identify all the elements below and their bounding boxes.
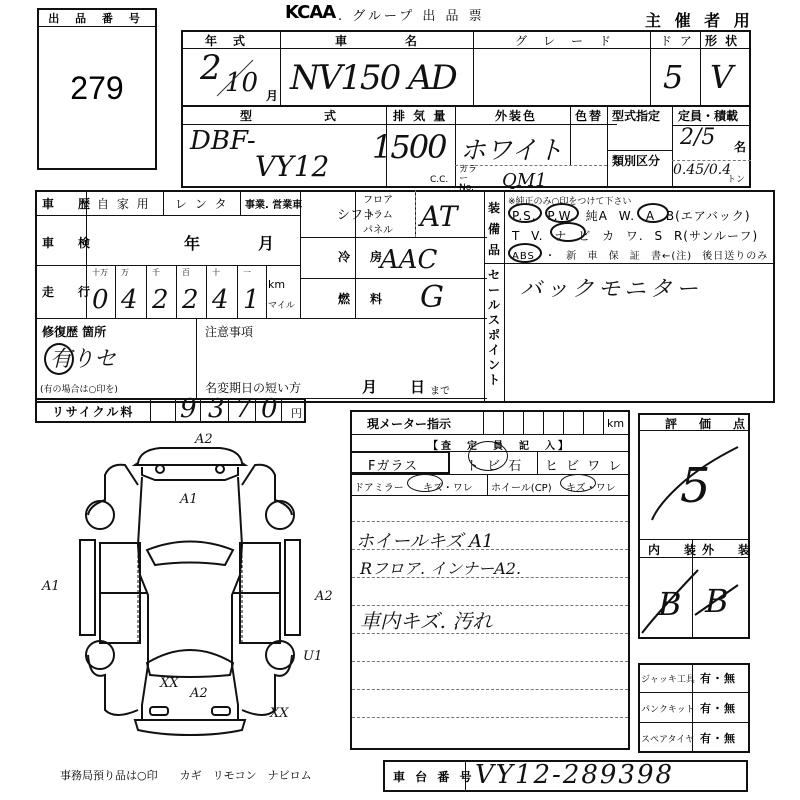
equipment-label: 装備品 (488, 198, 502, 261)
history-label: 車 歴 (42, 195, 96, 212)
accessory-label: ジャッキ工具 (641, 672, 695, 685)
color-change-label: 色替 (575, 107, 603, 124)
history-option-rental[interactable]: レ ン タ (175, 195, 229, 212)
ac-label: 冷 房 (338, 248, 386, 265)
capacity-label: 定員・積載 (678, 107, 738, 124)
model-value-1: DBF- (190, 126, 256, 156)
car-name-label: 車 名 (335, 32, 419, 49)
history-option-commercial[interactable]: 事業. 営業車 (245, 196, 302, 211)
chassis-label: 車 台 番 号 (393, 768, 475, 785)
inspection-month: 月 (258, 231, 276, 254)
capacity-unit: 名 (734, 138, 748, 155)
score-label: 評 価 点 (665, 415, 750, 432)
chassis-value: VY12-289398 (475, 760, 674, 790)
caution-label: 注意事項 (205, 323, 253, 340)
name-change-day: 日 (410, 376, 427, 397)
grade-label: グ レ ー ド (515, 32, 613, 49)
mileage-digit: 4 (212, 285, 229, 315)
sales-point-value: バックモニター (520, 272, 702, 303)
inspector-note-2: Rフロア. インナーA2. (360, 556, 521, 579)
shift-option[interactable]: フロア (363, 191, 393, 206)
note-line (352, 521, 628, 522)
recycle-digit: 9 (180, 394, 197, 424)
capacity-value: 2/5 (680, 125, 715, 150)
copy-label: 主 催 者 用 (645, 8, 754, 31)
repair-label: 修復歴 箇所 (42, 323, 106, 340)
mileage-digit-label: 万 (121, 267, 129, 278)
mileage-digit: 2 (152, 285, 169, 315)
displacement-label: 排 気 量 (393, 107, 447, 124)
circle-abs (508, 243, 542, 263)
mileage-digit-label: 十万 (92, 267, 108, 278)
circle-chip (468, 441, 508, 471)
displacement-value: 1500 (372, 128, 445, 166)
recycle-divider (175, 398, 176, 423)
inspection-year: 年 (184, 231, 202, 254)
recycle-divider (200, 398, 201, 423)
mileage-digit: 1 (243, 285, 260, 315)
recycle-digit: 3 (208, 394, 225, 424)
model-value-2: VY12 (255, 150, 329, 183)
mark-rear-bumper: A2 (189, 686, 208, 701)
accessory-label: パンクキット (641, 702, 695, 715)
month-unit: 月 (266, 87, 280, 104)
circle-ab (637, 203, 669, 223)
exterior-color-value: ホワイト (460, 130, 563, 167)
shift-option[interactable]: パネル (363, 221, 393, 236)
recycle-unit: 円 (291, 405, 302, 421)
mirror-label: ドアミラー (354, 479, 404, 494)
recycle-divider (150, 398, 151, 423)
mileage-unit-mile: マイル (268, 298, 295, 311)
repair-note: (有の場合は○印を) (40, 382, 118, 395)
fuel-value: G (420, 280, 444, 315)
color-no-value: QM1 (502, 170, 547, 191)
accessory-value[interactable]: 有・無 (700, 670, 736, 686)
mileage-digit-label: 一 (243, 267, 251, 278)
note-line (352, 689, 628, 690)
mark-left-side: A1 (41, 579, 60, 594)
circle-navi (550, 222, 586, 242)
mark-front-bumper: A2 (194, 432, 213, 447)
sales-point-label: セールスポイント (488, 268, 502, 388)
circle-mirror-scratch (407, 474, 443, 492)
note-line (352, 661, 628, 662)
mileage-digit-label: 百 (182, 267, 190, 278)
lot-number-box: 出 品 番 号 279 (37, 8, 157, 170)
inspector-note-1: ホイールキズ A1 (356, 527, 493, 553)
car-name-value: NV150 AD (290, 58, 456, 98)
mark-hood: A1 (179, 492, 198, 507)
recycle-label: リサイクル料 (52, 403, 134, 420)
recycle-digit: 0 (261, 394, 278, 424)
glass-label: Fガラス (368, 455, 418, 474)
displacement-unit: C.C. (430, 175, 448, 185)
mark-right-side: A2 (314, 589, 333, 604)
equipment-row-3: ABS ・ 新 車 保 証 書←(注) 後日送りのみ (512, 247, 768, 262)
doors-value: 5 (663, 58, 683, 96)
mileage-digit-label: 十 (212, 267, 220, 278)
interior-label: 内 装 (648, 541, 702, 558)
name-change-until: まで (430, 382, 450, 397)
mileage-digit-label: 千 (152, 267, 160, 278)
office-note: 事務局預り品は○印 カギ リモコン ナビロム (60, 767, 312, 783)
glass-option-crack[interactable]: ヒ ビ ワ レ (545, 455, 623, 474)
circle-repair-yes (44, 343, 74, 375)
circle-ps (508, 203, 542, 223)
equipment-row-2: T V. ナ ビ カ ワ. S R(サンルーフ) (512, 227, 758, 244)
class-label: 類別区分 (612, 152, 660, 169)
mark-trunk: XX (159, 676, 179, 691)
type-cert-label: 型式指定 (612, 107, 660, 124)
body-type-label: 形 状 (705, 32, 739, 49)
mark-right-rear-fender: U1 (303, 649, 322, 664)
shift-value: AT (420, 200, 457, 233)
mileage-label: 走 行 (42, 283, 96, 300)
wheel-label: ホイール(CP) (491, 479, 552, 494)
brand-logo: KCAA (285, 2, 335, 23)
fuel-label: 燃 料 (338, 290, 386, 307)
name-change-month: 月 (362, 376, 379, 397)
doors-label: ド ア (660, 32, 694, 49)
accessory-value[interactable]: 有・無 (700, 730, 736, 746)
inspection-label: 車 検 (42, 234, 96, 251)
mark-right-rear-corner: XX (269, 706, 289, 721)
mileage-digit: 4 (121, 285, 138, 315)
note-line (352, 717, 628, 718)
exterior-color-label: 外装色 (495, 107, 537, 124)
recycle-divider (255, 398, 256, 423)
inspector-note-3: 車内キズ. 汚れ (360, 605, 492, 634)
accessory-label: スペアタイヤ (641, 732, 694, 745)
lot-number: 279 (39, 70, 155, 107)
mileage-unit-km: km (268, 278, 285, 291)
history-option-private[interactable]: 自 家 用 (97, 195, 151, 212)
body-type-value: V (710, 58, 733, 96)
color-no-label: カラー No. (459, 166, 481, 193)
exterior-label: 外 装 (702, 541, 756, 558)
load-value: 0.45/0.4 (673, 162, 731, 178)
sheet-title: . グループ 出 品 票 (338, 5, 485, 24)
car-diagram[interactable]: A2 A1 A1 A2 U1 XX A2 XX (30, 425, 350, 745)
meter-label: 現メーター指示 (367, 415, 451, 432)
circle-wheel-scratch (560, 474, 596, 492)
meter-unit: km (607, 417, 624, 430)
accessory-value[interactable]: 有・無 (700, 700, 736, 716)
lot-number-label: 出 品 番 号 (39, 10, 155, 27)
recycle-digit: 7 (235, 394, 252, 424)
mileage-digit: 2 (182, 285, 199, 315)
recycle-divider (281, 398, 282, 423)
recycle-divider (228, 398, 229, 423)
model-label: 型 式 (240, 107, 338, 124)
circle-pw (545, 203, 579, 223)
shift-option[interactable]: コラム (363, 206, 393, 221)
mileage-digit: 0 (92, 285, 109, 315)
ac-value: AAC (380, 245, 437, 275)
load-unit: トン (727, 172, 745, 185)
year-label: 年 式 (205, 32, 247, 49)
